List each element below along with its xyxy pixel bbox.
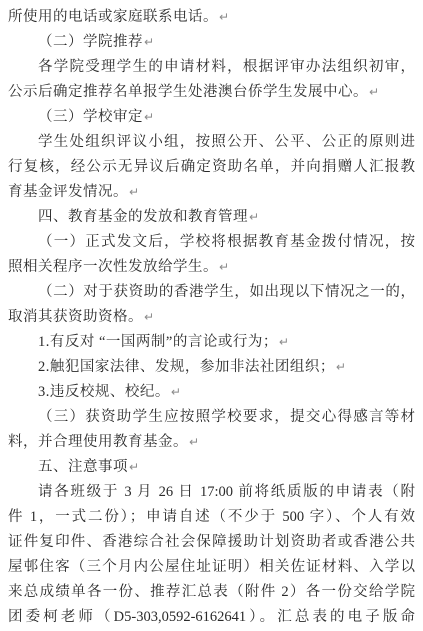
text-line: 四、教育基金的发放和教育管理↵ [8,205,415,230]
text-line: （三）学校审定↵ [8,105,415,130]
text-line: 3.违反校规、校纪。↵ [8,380,415,405]
text-line: 照相关程序一次性发放给学生。↵ [8,255,415,280]
line-text: （二）学院推荐 [38,34,143,50]
line-text: 屋邨住客（三个月内公屋住址证明）相关佐证材料、入学以 [8,559,415,575]
line-text: 2.触犯国家法律、发规，参加非法社团组织； [38,359,335,375]
text-line: 所使用的电话或家庭联系电话。↵ [8,5,415,30]
line-text: （一）正式发文后，学校将根据教育基金拨付情况，按 [38,234,415,250]
line-text: 公示后确定推荐名单报学生处港澳台侨学生发展中心。 [8,84,368,100]
line-text: （三）获资助学生应按照学校要求，提交心得感言等材 [38,409,415,425]
line-text: 证件复印件、香港综合社会保障援助计划资助者或香港公共 [8,534,415,550]
paragraph-mark-icon: ↵ [248,210,260,224]
paragraph-mark-icon: ↵ [218,10,230,24]
text-line: 行复核，经公示无异议后确定资助名单，并向捐赠人汇报教 [8,155,415,180]
line-text: 所使用的电话或家庭联系电话。 [8,9,218,25]
line-text: 料，并合理使用教育基金。 [8,434,188,450]
paragraph-mark-icon: ↵ [335,360,347,374]
text-line: 屋邨住客（三个月内公屋住址证明）相关佐证材料、入学以 [8,555,415,580]
paragraph-mark-icon: ↵ [143,110,155,124]
text-line: （二）对于获资助的香港学生，如出现以下情况之一的， [8,280,415,305]
line-text: 四、教育基金的发放和教育管理 [38,209,248,225]
line-text: 取消其获资助资格。 [8,309,143,325]
line-text: （三）学校审定 [38,109,143,125]
text-line: 团委柯老师（D5-303,0592-6162641）。汇总表的电子版命 [8,605,415,630]
paragraph-mark-icon: ↵ [170,385,182,399]
line-text: 件 1，一式二份）；申请自述（不少于 500 字）、个人有效 [8,509,415,525]
text-line: 证件复印件、香港综合社会保障援助计划资助者或香港公共 [8,530,415,555]
line-text: 学生处组织评议小组，按照公开、公平、公正的原则进 [38,134,415,150]
line-text: 五、注意事项 [38,459,128,475]
paragraph-mark-icon: ↵ [218,260,230,274]
text-line: （三）获资助学生应按照学校要求，提交心得感言等材 [8,405,415,430]
paragraph-mark-icon: ↵ [188,435,200,449]
text-line: （一）正式发文后，学校将根据教育基金拨付情况，按 [8,230,415,255]
line-text: 照相关程序一次性发放给学生。 [8,259,218,275]
line-text: 团委柯老师（D5-303,0592-6162641）。汇总表的电子版命 [8,609,415,625]
line-text: 行复核，经公示无异议后确定资助名单，并向捐赠人汇报教 [8,159,415,175]
text-line: 2.触犯国家法律、发规，参加非法社团组织；↵ [8,355,415,380]
paragraph-mark-icon: ↵ [128,460,140,474]
line-text: 请各班级于 3 月 26 日 17:00 前将纸质版的申请表（附 [38,484,415,500]
line-text: 3.违反校规、校纪。 [38,384,170,400]
text-line: 学生处组织评议小组，按照公开、公平、公正的原则进 [8,130,415,155]
text-line: 五、注意事项↵ [8,455,415,480]
paragraph-mark-icon: ↵ [143,35,155,49]
text-line: 取消其获资助资格。↵ [8,305,415,330]
line-text: 来总成绩单各一份、推荐汇总表（附件 2）各一份交给学院 [8,584,415,600]
document-page: 所使用的电话或家庭联系电话。↵（二）学院推荐↵各学院受理学生的申请材料，根据评审… [0,0,423,631]
text-line: （二）学院推荐↵ [8,30,415,55]
text-line: 请各班级于 3 月 26 日 17:00 前将纸质版的申请表（附 [8,480,415,505]
line-text: 各学院受理学生的申请材料，根据评审办法组织初审， [38,59,415,75]
document-body: 所使用的电话或家庭联系电话。↵（二）学院推荐↵各学院受理学生的申请材料，根据评审… [8,5,415,630]
paragraph-mark-icon: ↵ [143,310,155,324]
paragraph-mark-icon: ↵ [278,335,290,349]
line-text: 育基金评发情况。 [8,184,128,200]
text-line: 育基金评发情况。↵ [8,180,415,205]
line-text: 1.有反对 “一国两制”的言论或行为； [38,334,278,350]
text-line: 1.有反对 “一国两制”的言论或行为；↵ [8,330,415,355]
paragraph-mark-icon: ↵ [128,185,140,199]
paragraph-mark-icon: ↵ [368,85,380,99]
text-line: 公示后确定推荐名单报学生处港澳台侨学生发展中心。↵ [8,80,415,105]
text-line: 来总成绩单各一份、推荐汇总表（附件 2）各一份交给学院 [8,580,415,605]
text-line: 各学院受理学生的申请材料，根据评审办法组织初审， [8,55,415,80]
line-text: （二）对于获资助的香港学生，如出现以下情况之一的， [38,284,415,300]
text-line: 件 1，一式二份）；申请自述（不少于 500 字）、个人有效 [8,505,415,530]
text-line: 料，并合理使用教育基金。↵ [8,430,415,455]
